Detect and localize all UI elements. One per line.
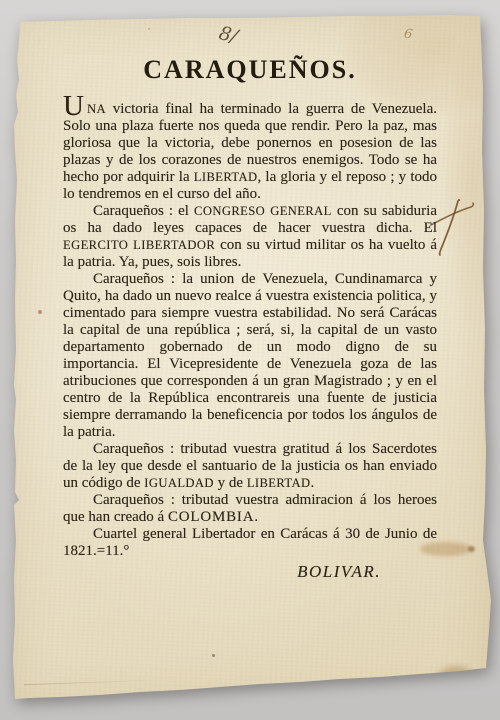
photo-background: 8/ 6 CARAQUEÑOS. UNA victoria final ha t…	[0, 0, 500, 720]
paper-shadow: 8/ 6 CARAQUEÑOS. UNA victoria final ha t…	[0, 0, 500, 720]
small-caps: CONGRESO	[194, 204, 265, 218]
document-page: 8/ 6 CARAQUEÑOS. UNA victoria final ha t…	[0, 0, 500, 720]
small-caps: LIBERTADOR	[133, 238, 215, 252]
foxing-speck	[148, 28, 150, 30]
stain	[438, 666, 474, 688]
handwritten-corner-mark: 6	[403, 26, 414, 42]
paragraph: Cuartel general Libertador en Carácas á …	[63, 526, 437, 560]
handwritten-numeral: 8/	[217, 22, 240, 48]
small-caps: GENERAL	[270, 204, 332, 218]
document-body: UNA victoria final ha terminado la guerr…	[63, 101, 437, 580]
foxing-speck	[38, 310, 42, 314]
signature: BOLIVAR.	[63, 563, 437, 580]
paragraphs-container: UNA victoria final ha terminado la guerr…	[63, 101, 437, 560]
small-caps: LIBERTAD	[247, 476, 311, 490]
small-caps: LIBERTAD	[194, 170, 258, 184]
small-caps: NA	[87, 102, 106, 116]
foxing-speck	[212, 654, 215, 657]
paragraph: Caraqueños : tributad vuestra gratitud á…	[63, 441, 437, 492]
small-caps: EGERCITO	[63, 238, 128, 252]
crease	[24, 680, 154, 686]
stain	[468, 546, 475, 552]
paragraph: Caraqueños : la union de Venezuela, Cund…	[63, 271, 437, 441]
paragraph: UNA victoria final ha terminado la guerr…	[63, 101, 437, 203]
paragraph: Caraqueños : el CONGRESO GENERAL con su …	[63, 203, 437, 271]
emphasized-caps: COLOMBIA	[168, 509, 254, 525]
paragraph: Caraqueños : tributad vuestra admiracion…	[63, 492, 437, 526]
document-title: CARAQUEÑOS.	[63, 55, 437, 85]
initial-capital: U	[63, 90, 86, 122]
small-caps: IGUALDAD	[144, 476, 214, 490]
